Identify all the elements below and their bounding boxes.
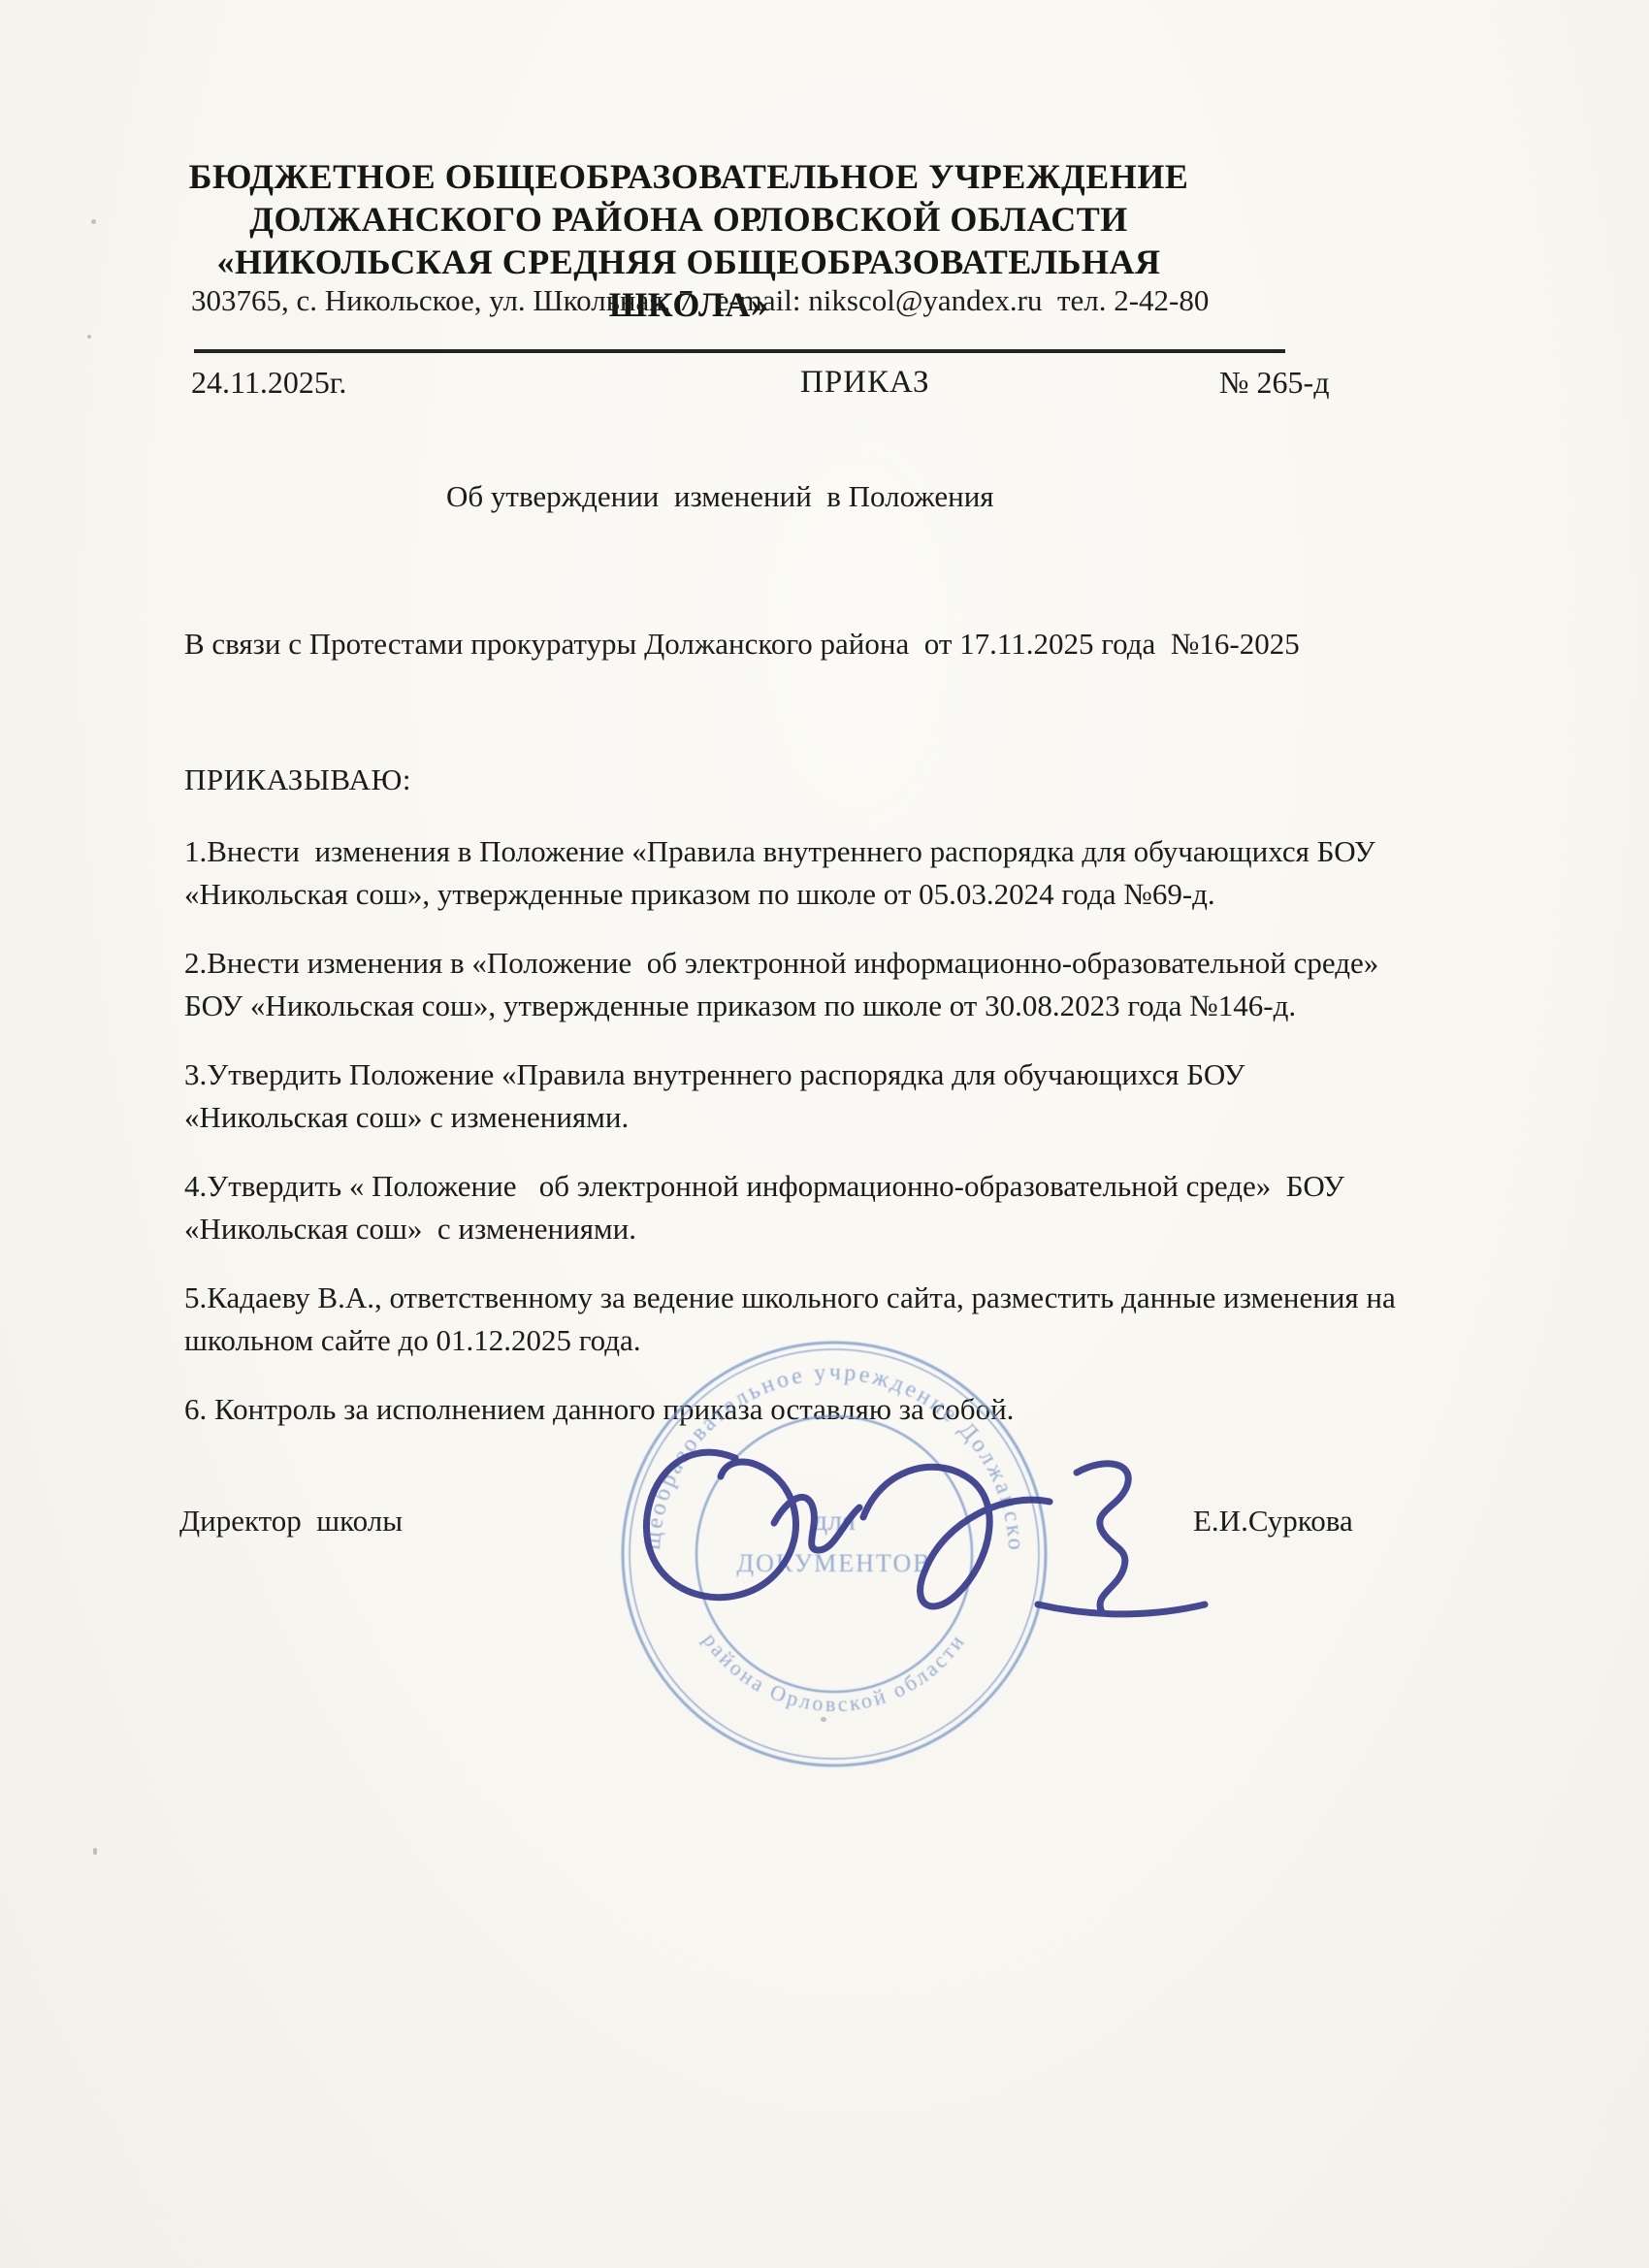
order-type-title: ПРИКАЗ	[800, 365, 930, 401]
order-item: 4.Утвердить « Положение об электронной и…	[184, 1165, 1513, 1250]
order-item-line: БОУ «Никольская сош», утвержденные прика…	[184, 985, 1513, 1027]
order-item-line: 4.Утвердить « Положение об электронной и…	[184, 1165, 1513, 1208]
signature-name: Е.И.Суркова	[1193, 1504, 1353, 1539]
order-number: № 265-д	[1219, 365, 1329, 401]
scan-speck	[821, 1717, 826, 1722]
scan-speck	[91, 219, 96, 224]
order-preamble: В связи с Протестами прокуратуры Должанс…	[184, 623, 1513, 665]
order-item: 2.Внести изменения в «Положение об элект…	[184, 942, 1513, 1027]
letterhead-line-2: ДОЛЖАНСКОГО РАЙОНА ОРЛОВСКОЙ ОБЛАСТИ	[145, 198, 1232, 241]
order-item: 3.Утвердить Положение «Правила внутренне…	[184, 1053, 1513, 1139]
order-item-line: 3.Утвердить Положение «Правила внутренне…	[184, 1053, 1513, 1096]
signature-stroke	[863, 1467, 1050, 1606]
svg-text:района Орловской области: района Орловской области	[698, 1629, 970, 1717]
order-item-line: «Никольская сош» с изменениями.	[184, 1208, 1513, 1250]
order-item-line: «Никольская сош» с изменениями.	[184, 1096, 1513, 1139]
letterhead-line-1: БЮДЖЕТНОЕ ОБЩЕОБРАЗОВАТЕЛЬНОЕ УЧРЕЖДЕНИЕ	[145, 155, 1232, 198]
order-item-line: 1.Внести изменения в Положение «Правила …	[184, 830, 1513, 873]
order-subject: Об утверждении изменений в Положения	[446, 479, 994, 514]
order-item-line: «Никольская сош», утвержденные приказом …	[184, 873, 1513, 916]
scanned-order-document: БЮДЖЕТНОЕ ОБЩЕОБРАЗОВАТЕЛЬНОЕ УЧРЕЖДЕНИЕ…	[0, 0, 1649, 2268]
signature-stroke	[1038, 1604, 1205, 1614]
resolution-heading: ПРИКАЗЫВАЮ:	[184, 762, 411, 797]
stamp-arc-bottom-text: района Орловской области	[698, 1629, 970, 1717]
order-item-line: 5.Кадаеву В.А., ответственному за ведени…	[184, 1277, 1513, 1319]
signature-stroke	[774, 1497, 859, 1550]
director-signature	[621, 1405, 1222, 1637]
scan-speck	[87, 335, 91, 339]
order-item: 1.Внести изменения в Положение «Правила …	[184, 830, 1513, 916]
order-item-line: 2.Внести изменения в «Положение об элект…	[184, 942, 1513, 985]
order-date: 24.11.2025г.	[191, 365, 346, 401]
letterhead-address: 303765, с. Никольское, ул. Школьная, 7 e…	[191, 283, 1209, 318]
horizontal-divider	[194, 349, 1285, 353]
signature-role-label: Директор школы	[179, 1504, 403, 1539]
scan-speck	[93, 1848, 97, 1855]
signature-stroke	[1077, 1464, 1128, 1612]
